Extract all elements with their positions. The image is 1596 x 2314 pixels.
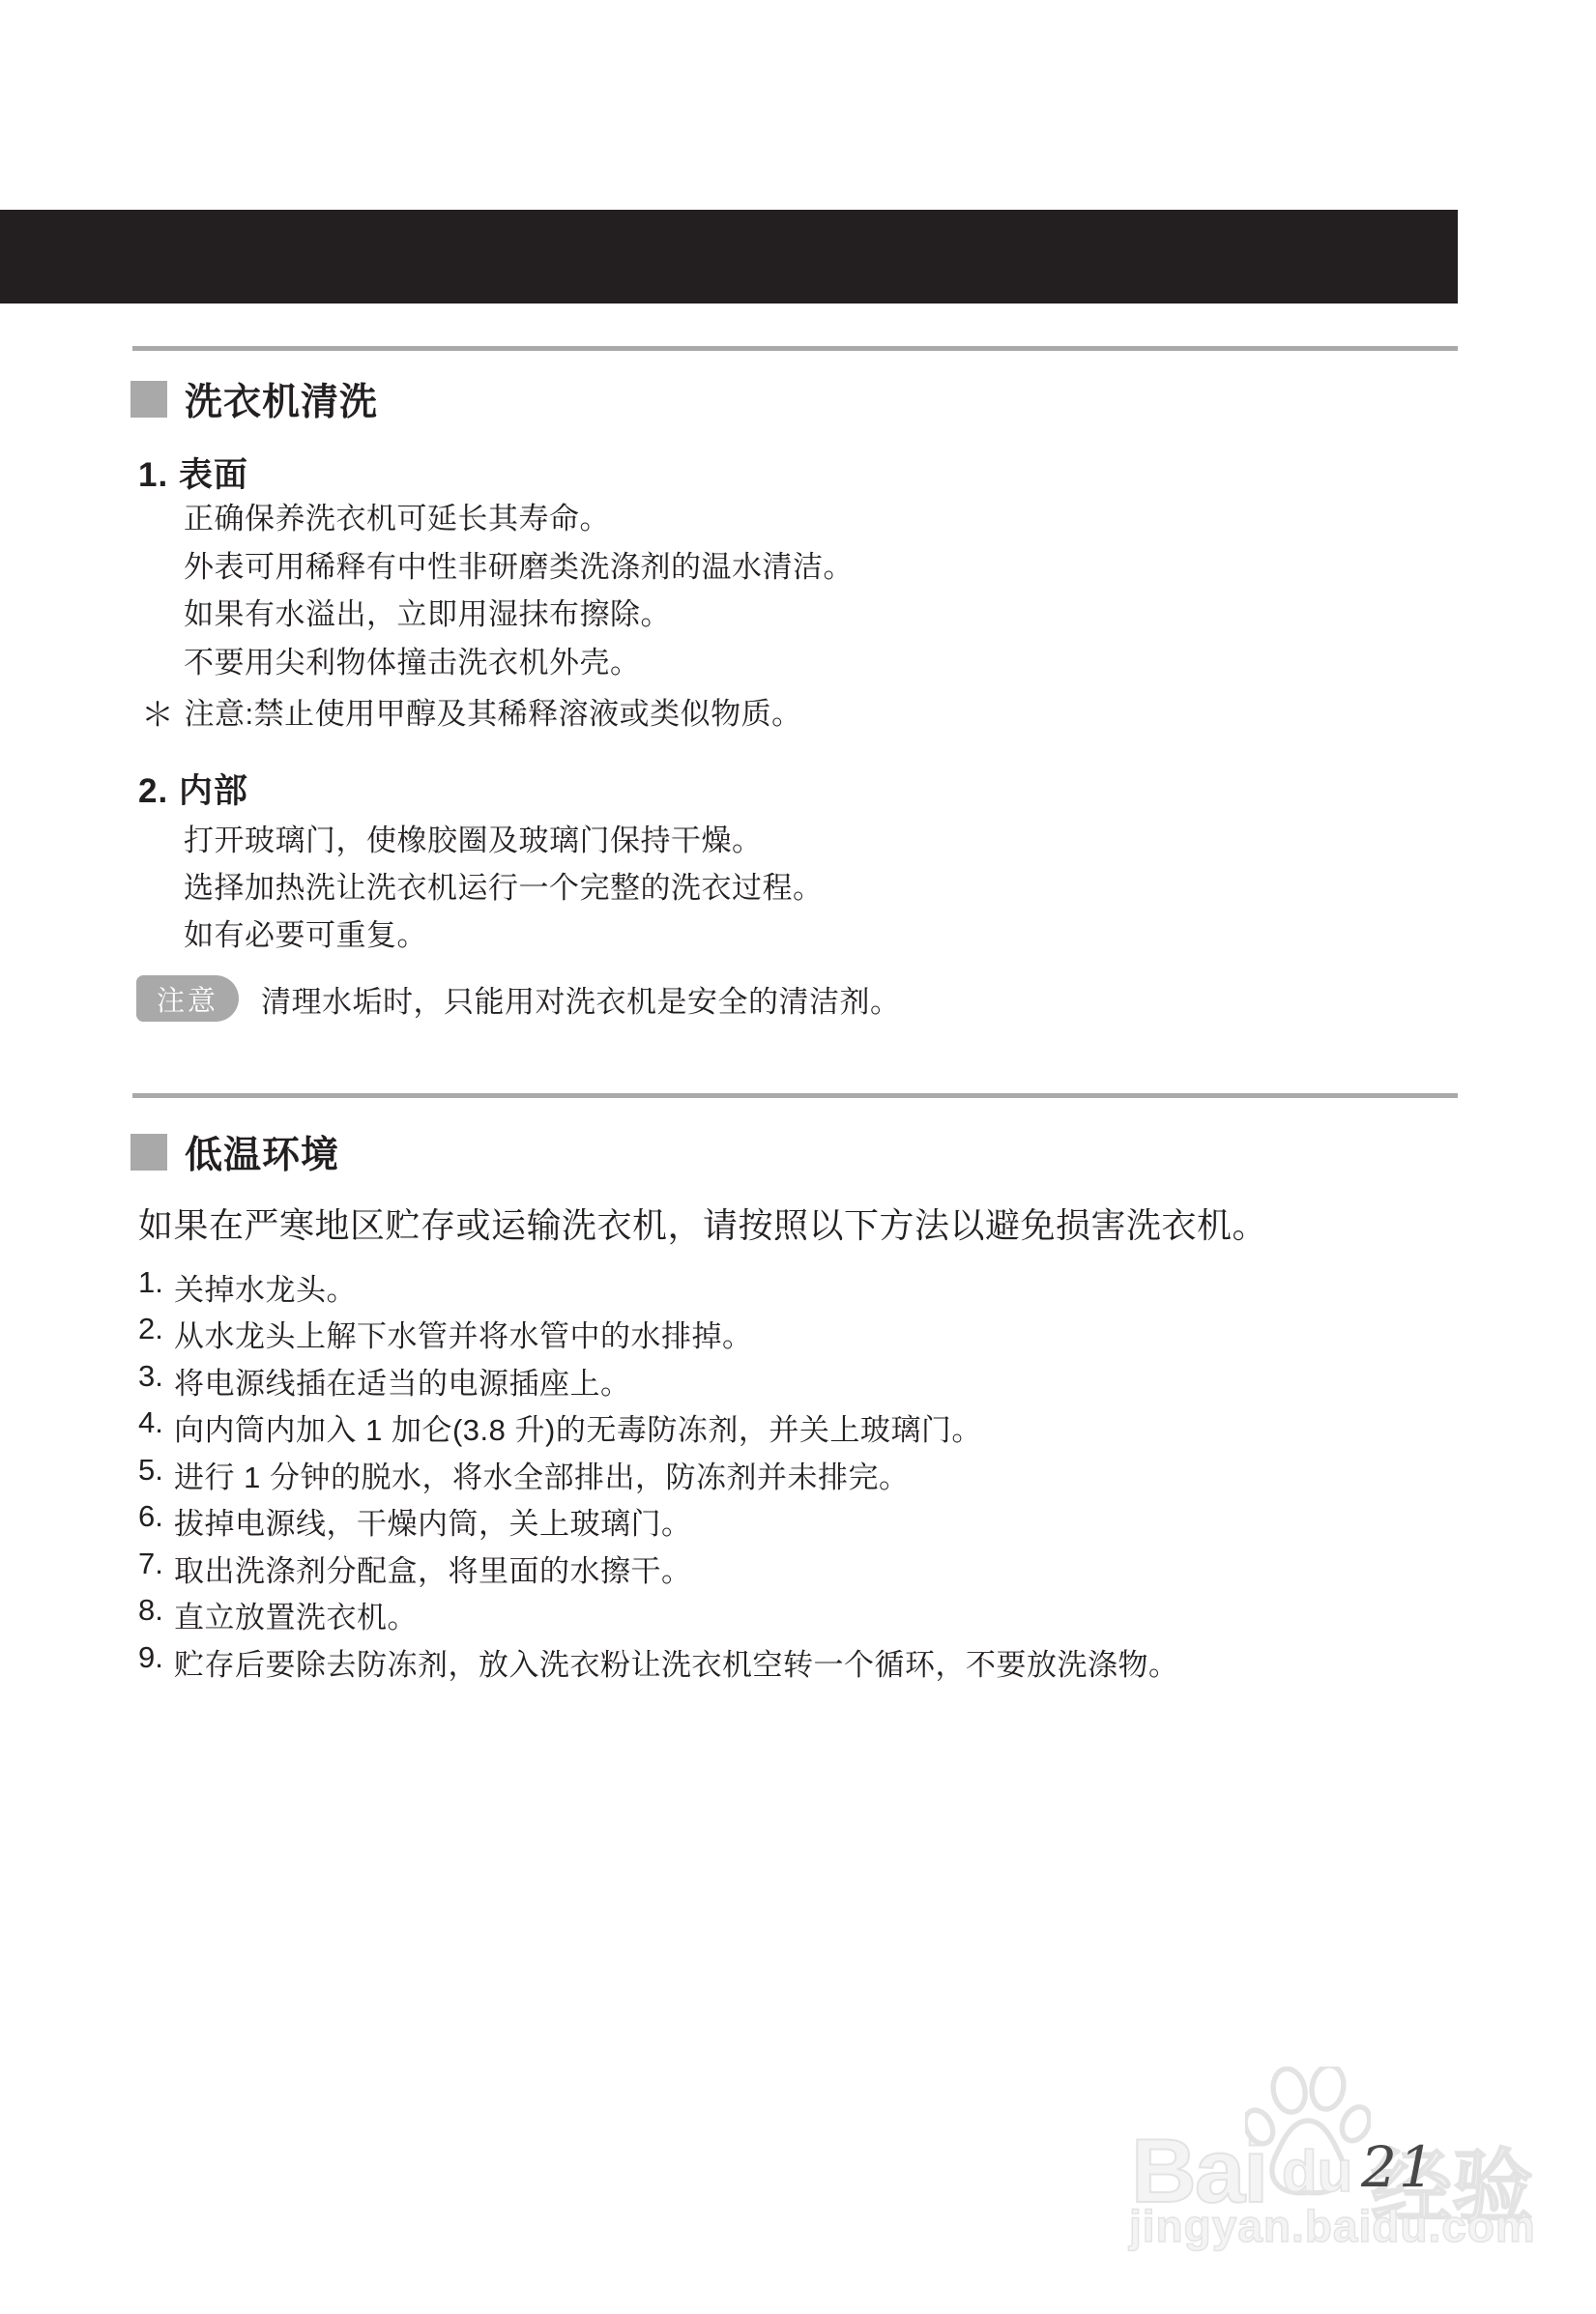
watermark-site-url: jingyan.baidu.com (1129, 2200, 1536, 2252)
header-bar (0, 210, 1458, 304)
body-line: 正确保养洗衣机可延长其寿命。 (184, 495, 854, 543)
list-number: 9. (138, 1640, 174, 1675)
asterisk-mark: ＊ (141, 688, 175, 736)
body-line: 选择加热洗让洗衣机运行一个完整的洗衣过程。 (184, 864, 824, 911)
list-text: 取出洗涤剂分配盒，将里面的水擦干。 (174, 1547, 692, 1590)
caution-note-row: ＊ 注意:禁止使用甲醇及其稀释溶液或类似物质。 (141, 689, 802, 737)
list-number: 8. (138, 1593, 174, 1628)
section-divider (132, 346, 1458, 351)
interior-paragraph: 打开玻璃门，使橡胶圈及玻璃门保持干燥。 选择加热洗让洗衣机运行一个完整的洗衣过程… (184, 817, 824, 959)
list-number: 1. (138, 1265, 174, 1300)
section-title: 洗衣机清洗 (185, 372, 378, 426)
caution-note-text: 注意:禁止使用甲醇及其稀释溶液或类似物质。 (185, 689, 802, 733)
list-number: 4. (138, 1405, 174, 1440)
body-line: 不要用尖利物体撞击洗衣机外壳。 (184, 639, 854, 687)
section-header-cleaning: 洗衣机清洗 (131, 378, 378, 420)
section-title: 低温环境 (185, 1125, 339, 1179)
list-item: 6. 拔掉电源线，干燥内筒，关上玻璃门。 (138, 1499, 1179, 1546)
manual-page: 洗衣机清洗 1. 表面 正确保养洗衣机可延长其寿命。 外表可用稀释有中性非研磨类… (0, 0, 1596, 2314)
list-text: 直立放置洗衣机。 (174, 1593, 418, 1636)
section-marker-icon (131, 1134, 167, 1171)
list-number: 7. (138, 1547, 174, 1581)
list-text: 从水龙头上解下水管并将水管中的水排掉。 (174, 1312, 753, 1355)
section-divider (132, 1093, 1458, 1098)
list-number: 5. (138, 1453, 174, 1488)
surface-paragraph: 正确保养洗衣机可延长其寿命。 外表可用稀释有中性非研磨类洗涤剂的温水清洁。 如果… (184, 495, 854, 686)
list-item: 9. 贮存后要除去防冻剂，放入洗衣粉让洗衣机空转一个循环，不要放洗涤物。 (138, 1640, 1179, 1687)
list-item: 2. 从水龙头上解下水管并将水管中的水排掉。 (138, 1312, 1179, 1358)
note-badge-text: 清理水垢时，只能用对洗衣机是安全的清洁剂。 (261, 977, 901, 1021)
note-badge: 注意 (136, 975, 239, 1022)
list-text: 进行 1 分钟的脱水，将水全部排出，防冻剂并未排完。 (174, 1453, 909, 1496)
list-item: 8. 直立放置洗衣机。 (138, 1593, 1179, 1639)
section-marker-icon (131, 381, 167, 418)
section-header-cold: 低温环境 (131, 1132, 339, 1172)
list-item: 5. 进行 1 分钟的脱水，将水全部排出，防冻剂并未排完。 (138, 1453, 1179, 1499)
list-number: 3. (138, 1359, 174, 1394)
body-line: 打开玻璃门，使橡胶圈及玻璃门保持干燥。 (184, 817, 824, 864)
list-item: 1. 关掉水龙头。 (138, 1265, 1179, 1312)
cold-steps-list: 1. 关掉水龙头。 2. 从水龙头上解下水管并将水管中的水排掉。 3. 将电源线… (138, 1265, 1179, 1687)
note-badge-row: 注意 清理水垢时，只能用对洗衣机是安全的清洁剂。 (136, 975, 901, 1022)
list-item: 3. 将电源线插在适当的电源插座上。 (138, 1359, 1179, 1405)
body-line: 如有必要可重复。 (184, 911, 824, 959)
list-text: 向内筒内加入 1 加仑(3.8 升)的无毒防冻剂，并关上玻璃门。 (174, 1405, 982, 1449)
cold-intro-text: 如果在严寒地区贮存或运输洗衣机，请按照以下方法以避免损害洗衣机。 (138, 1199, 1267, 1248)
page-number: 21 (1361, 2134, 1436, 2200)
body-line: 如果有水溢出，立即用湿抹布擦除。 (184, 591, 854, 639)
list-text: 拔掉电源线，干燥内筒，关上玻璃门。 (174, 1499, 692, 1543)
body-line: 外表可用稀释有中性非研磨类洗涤剂的温水清洁。 (184, 543, 854, 592)
subheading-interior: 2. 内部 (138, 765, 248, 813)
list-item: 4. 向内筒内加入 1 加仑(3.8 升)的无毒防冻剂，并关上玻璃门。 (138, 1405, 1179, 1452)
list-number: 6. (138, 1499, 174, 1534)
list-number: 2. (138, 1312, 174, 1346)
subheading-surface: 1. 表面 (138, 448, 248, 497)
list-item: 7. 取出洗涤剂分配盒，将里面的水擦干。 (138, 1547, 1179, 1593)
list-text: 将电源线插在适当的电源插座上。 (174, 1359, 631, 1403)
list-text: 贮存后要除去防冻剂，放入洗衣粉让洗衣机空转一个循环，不要放洗涤物。 (174, 1640, 1179, 1684)
list-text: 关掉水龙头。 (174, 1265, 357, 1309)
watermark-brand-du: du (1282, 2138, 1352, 2205)
